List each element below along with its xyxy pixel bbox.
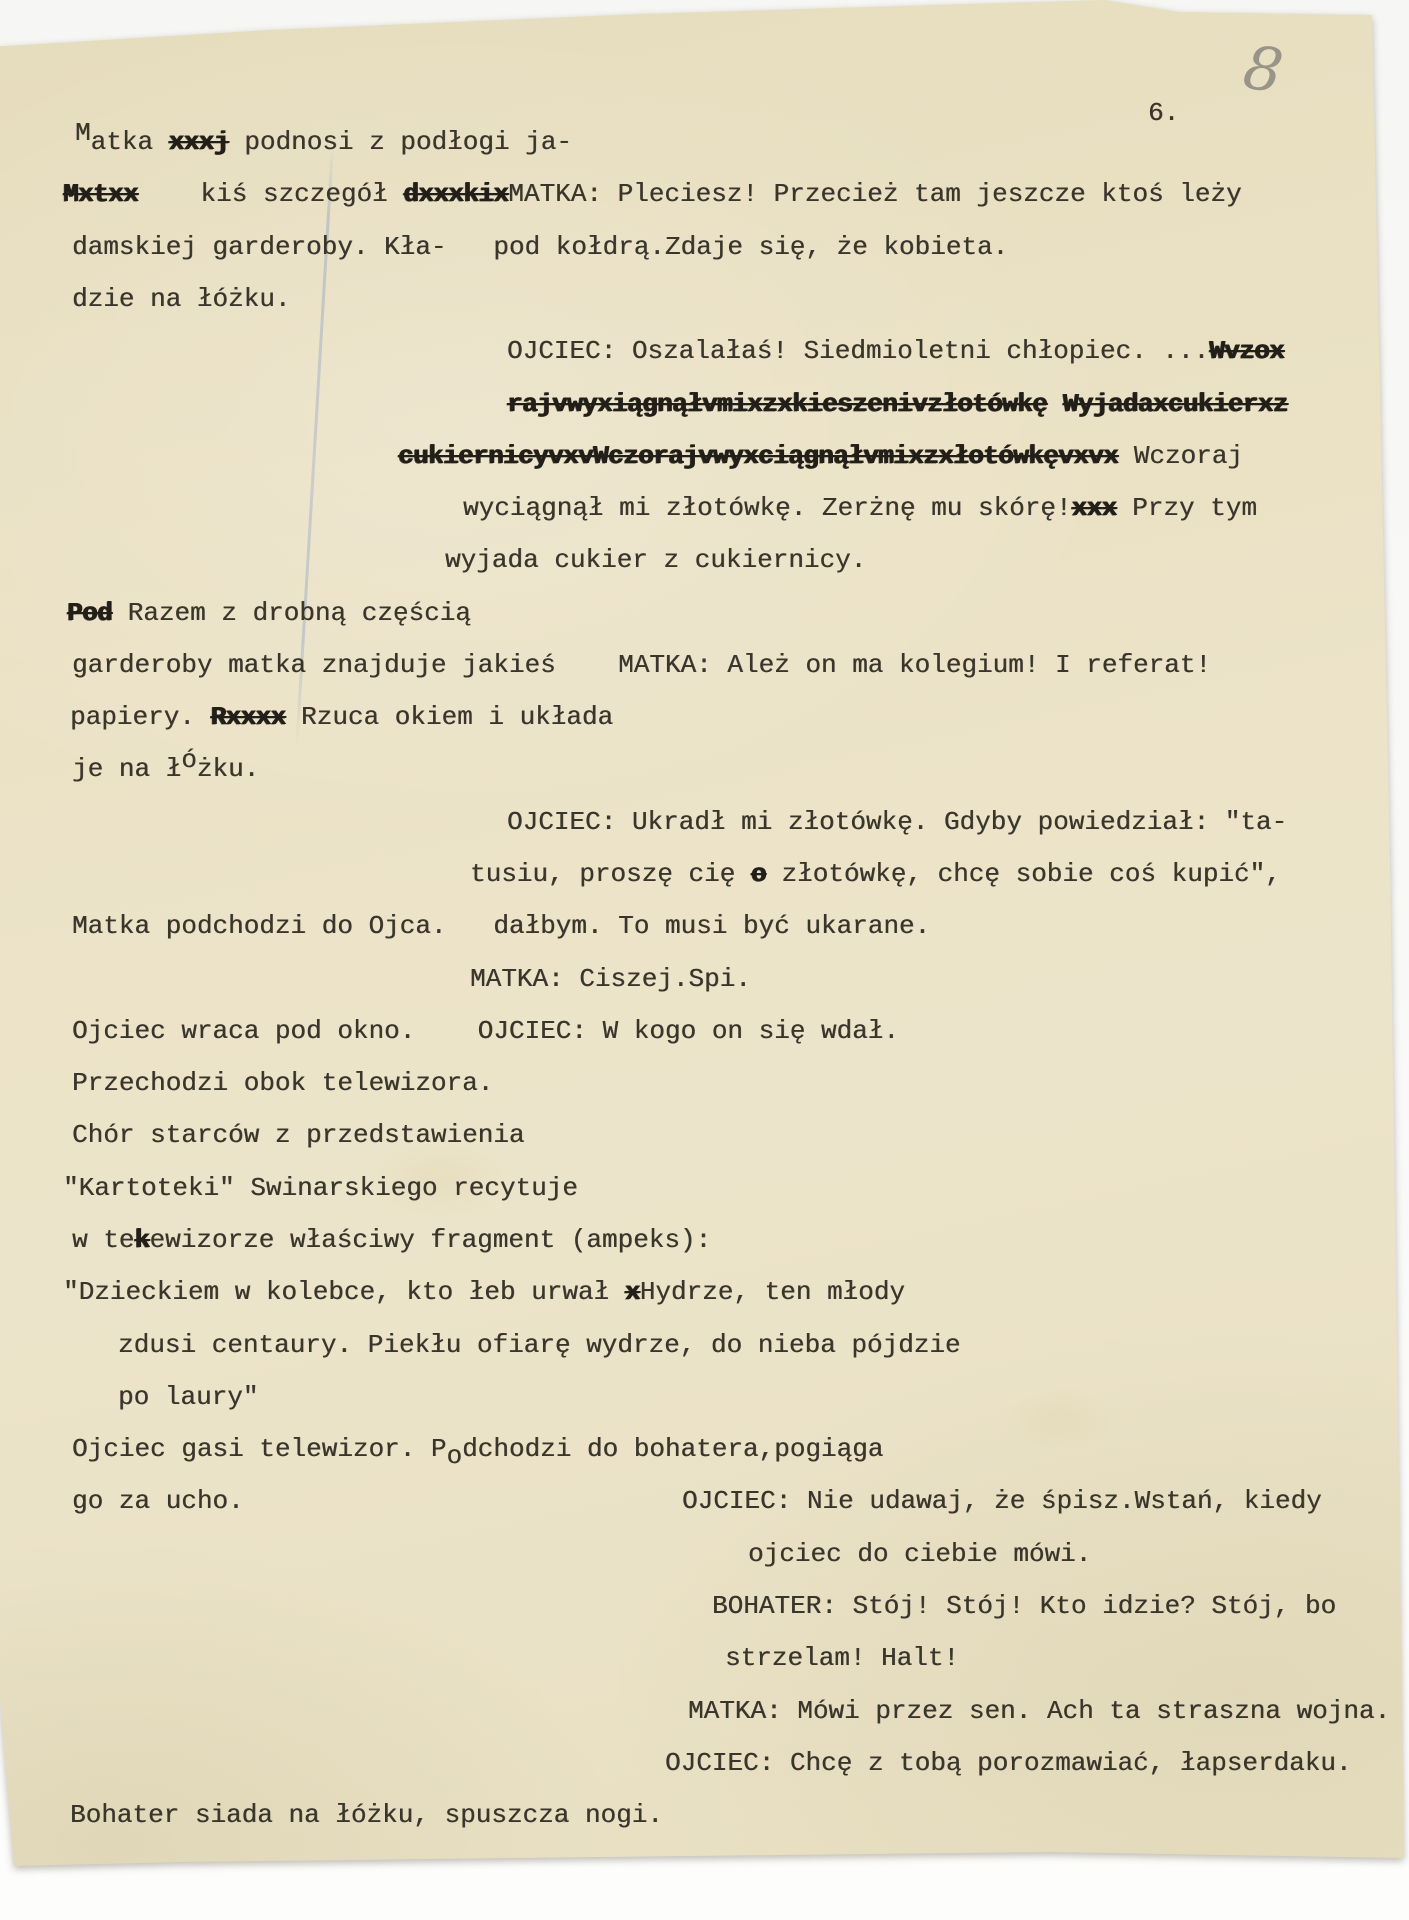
typed-line: rajvwyxiągnąłvmixzxkieszenivzłotówkę Wyj… [507,390,1288,420]
overstruck-text: Mxtxx [63,179,138,209]
overstruck-text: xxxj [169,127,229,157]
typed-text [1047,389,1063,419]
typed-line: Matka podchodzi do Ojca. dałbym. To musi… [72,912,930,942]
typed-line: wyciągnął mi złotówkę. Zerżnę mu skórę!x… [463,494,1257,524]
typed-line: MATKA: Mówi przez sen. Ach ta straszna w… [688,1697,1390,1727]
typed-text: Przechodzi obok telewizora. [72,1068,493,1098]
typed-page-number: 6. [1148,100,1179,126]
typed-line: Ojciec wraca pod okno. OJCIEC: W kogo on… [72,1017,899,1047]
overstruck-text: cukiernicyvxvWczorajvwyxciągnąłvmixzxłot… [398,441,1118,471]
typed-line: Przechodzi obok telewizora. [72,1069,493,1099]
typed-line: Bohater siada na łóżku, spuszcza nogi. [70,1801,663,1831]
typed-text: MATKA: Ciszej.Spi. [470,964,751,994]
typed-text: wyciągnął mi złotówkę. Zerżnę mu skórę! [463,493,1072,523]
typed-text: Razem z drobną częścią [112,598,471,628]
typed-text: tusiu, proszę cię [470,859,751,889]
typed-line: strzelam! Halt! [725,1644,959,1674]
typed-line: "Dzieckiem w kolebce, kto łeb urwał xHyd… [63,1278,905,1308]
typed-line: Matka xxxj podnosi z podłogi ja- [75,128,572,158]
typed-text: "Kartoteki" Swinarskiego recytuje [63,1173,578,1203]
typed-text: żku. [197,754,259,784]
typed-line: dzie na łóżku. [72,285,290,315]
typed-line: Pod Razem z drobną częścią [67,599,471,629]
typed-line: OJCIEC: Nie udawaj, że śpisz.Wstań, kied… [682,1487,1322,1517]
typed-text: dzie na łóżku. [72,284,290,314]
typed-text: garderoby matka znajduje jakieś MATKA: A… [72,650,1211,680]
overstruck-text: o [751,859,766,889]
typed-line: zdusi centaury. Piekłu ofiarę wydrze, do… [118,1331,961,1361]
overstruck-text: dxxxkix [403,179,508,209]
typed-text: OJCIEC: Nie udawaj, że śpisz.Wstań, kied… [682,1486,1322,1516]
overstruck-text: Wyjadaxcukierxz [1063,389,1288,419]
scanned-typescript-page: 6. 8 Matka xxxj podnosi z podłogi ja-Mxt… [0,0,1409,1920]
typed-text: podnosi z podłogi ja- [229,127,572,157]
typed-line: cukiernicyvxvWczorajvwyxciągnąłvmixzxłot… [398,442,1243,472]
typed-line: go za ucho. [72,1487,244,1517]
overstruck-text: x [625,1277,640,1307]
typed-line: garderoby matka znajduje jakieś MATKA: A… [72,651,1211,681]
typed-text: Przy tym [1117,493,1257,523]
typed-line: ojciec do ciebie mówi. [748,1540,1091,1570]
typed-text: OJCIEC: Ukradł mi złotówkę. Gdyby powied… [507,807,1287,837]
overstruck-text: M [75,118,91,148]
typed-text: zdusi centaury. Piekłu ofiarę wydrze, do… [118,1330,961,1360]
typed-line: Chór starców z przedstawienia [72,1121,524,1151]
overstruck-text: ó [181,745,197,775]
overstruck-text: Rxxxx [210,702,285,732]
overstruck-text: k [134,1225,149,1255]
typed-text: OJCIEC: Chcę z tobą porozmawiać, łapserd… [665,1748,1352,1778]
typed-text: "Dzieckiem w kolebce, kto łeb urwał [63,1277,625,1307]
typed-text: Chór starców z przedstawienia [72,1120,524,1150]
typed-text: Bohater siada na łóżku, spuszcza nogi. [70,1800,663,1830]
typed-line: wyjada cukier z cukiernicy. [445,546,866,576]
typed-text: Matka podchodzi do Ojca. dałbym. To musi… [72,911,930,941]
typed-text: złotówkę, chcę sobie coś kupić", [766,859,1281,889]
typed-line: Ojciec gasi telewizor. Podchodzi do boha… [72,1435,883,1465]
typed-line: po laury" [118,1383,258,1413]
typed-line: "Kartoteki" Swinarskiego recytuje [63,1174,578,1204]
typed-line: OJCIEC: Oszalałaś! Siedmioletni chłopiec… [507,337,1284,367]
typed-text: strzelam! Halt! [725,1643,959,1673]
typed-text: OJCIEC: Oszalałaś! Siedmioletni chłopiec… [507,336,1209,366]
typed-text: po laury" [118,1382,258,1412]
typed-text: dchodzi do bohatera,pogiąga [462,1434,883,1464]
typed-line: tusiu, proszę cię o złotówkę, chcę sobie… [470,860,1281,890]
typed-text: atka [91,127,169,157]
typed-text: MATKA: Pleciesz! Przecież tam jeszcze kt… [508,179,1241,209]
typed-text: papiery. [70,702,210,732]
typed-text: MATKA: Mówi przez sen. Ach ta straszna w… [688,1696,1390,1726]
typed-text: Rzuca okiem i układa [285,702,613,732]
overstruck-text: Pod [67,598,112,628]
typed-line: Mxtxx kiś szczegół dxxxkixMATKA: Plecies… [63,180,1242,210]
typed-text: Ojciec gasi telewizor. P [72,1434,446,1464]
typed-line: MATKA: Ciszej.Spi. [470,965,751,995]
typed-line: OJCIEC: Ukradł mi złotówkę. Gdyby powied… [507,808,1287,838]
typed-text: je na ł [72,754,181,784]
typed-text: wyjada cukier z cukiernicy. [445,545,866,575]
typed-line: damskiej garderoby. Kła- pod kołdrą.Zdaj… [72,233,1008,263]
typed-text: Ojciec wraca pod okno. OJCIEC: W kogo on… [72,1016,899,1046]
ink-smudge [558,1817,570,1823]
overstruck-text: xxx [1072,493,1117,523]
typed-line: BOHATER: Stój! Stój! Kto idzie? Stój, bo [712,1592,1336,1622]
typed-line: je na łóżku. [72,755,259,785]
typed-text: BOHATER: Stój! Stój! Kto idzie? Stój, bo [712,1591,1336,1621]
typed-text: damskiej garderoby. Kła- pod kołdrą.Zdaj… [72,232,1008,262]
typed-text: w te [72,1225,134,1255]
typed-text: Hydrze, ten młody [640,1277,905,1307]
typed-text: ewizorze właściwy fragment (ampeks): [149,1225,711,1255]
typed-text: ojciec do ciebie mówi. [748,1539,1091,1569]
typed-text: kiś szczegół [138,179,403,209]
overstruck-text: rajvwyxiągnąłvmixzxkieszenivzłotówkę [507,389,1047,419]
typed-line: OJCIEC: Chcę z tobą porozmawiać, łapserd… [665,1749,1352,1779]
typed-line: papiery. Rxxxx Rzuca okiem i układa [70,703,613,733]
typed-line: w tekewizorze właściwy fragment (ampeks)… [72,1226,711,1256]
overstruck-text: Wvzox [1209,336,1284,366]
typed-text: go za ucho. [72,1486,244,1516]
overstruck-text: o [446,1441,462,1471]
typed-text: Wczoraj [1118,441,1243,471]
